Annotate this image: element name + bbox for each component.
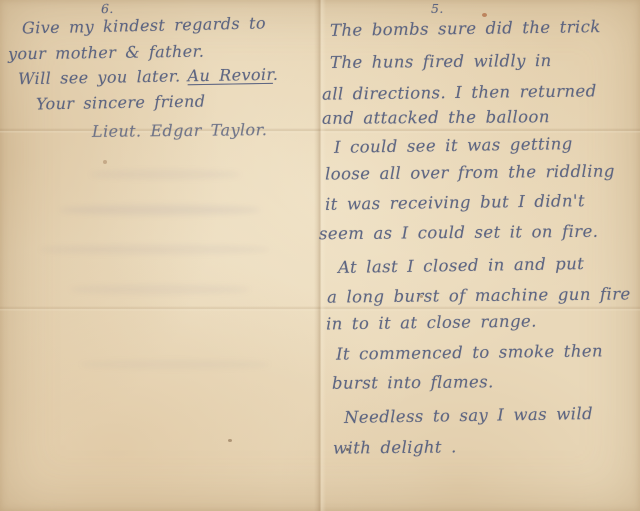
fold-crease-horizontal [0,306,640,311]
ink-bleedthrough-smudge [70,285,250,294]
handwriting-line: and attacked the balloon [322,107,550,128]
handwriting-line: seem as I could set it on fire. [319,222,598,243]
handwriting-line: Your sincere friend [36,92,206,114]
handwriting-line: I could see it was getting [334,134,573,157]
handwriting-line: loose all over from the riddling [325,161,615,183]
handwriting-line: a long burst of machine gun fire [327,284,631,306]
handwriting-line: burst into flames. [332,372,494,392]
handwriting-line: Will see you later.Au Revoir. [18,65,279,89]
handwriting-line: Give my kindest regards to [22,13,266,37]
scanned-letter: 6. Give my kindest regards to your mothe… [0,0,640,511]
handwriting-phrase: . [273,65,279,84]
underlined-phrase: Au Revoir [187,65,273,85]
handwriting-line: It commenced to smoke then [336,341,603,363]
page-number: 6. [101,1,114,16]
ink-bleedthrough-smudge [90,170,240,179]
ink-bleedthrough-smudge [60,205,260,215]
handwriting-line: The bombs sure did the trick [330,17,601,40]
paper-speck [228,439,232,442]
paper-speck [482,13,487,17]
handwriting-line: all directions. I then returned [322,81,597,103]
page-number: 5. [431,1,444,16]
ink-bleedthrough-smudge [80,360,270,369]
handwriting-phrase: Will see you later. [18,66,181,88]
signature-line: Lieut. Edgar Taylor. [92,120,267,141]
handwriting-line: with delight . [333,437,457,457]
handwriting-line: it was receiving but I didn't [325,191,585,214]
fold-seam-vertical [314,0,326,511]
handwriting-line: The huns fired wildly in [330,51,552,72]
paper-speck [103,160,107,164]
handwriting-line: in to it at close range. [326,312,537,334]
handwriting-line: your mother & father. [8,42,205,64]
handwriting-line: At last I closed in and put [338,254,585,277]
handwriting-line: Needless to say I was wild [344,404,593,427]
ink-bleedthrough-smudge [40,245,270,254]
